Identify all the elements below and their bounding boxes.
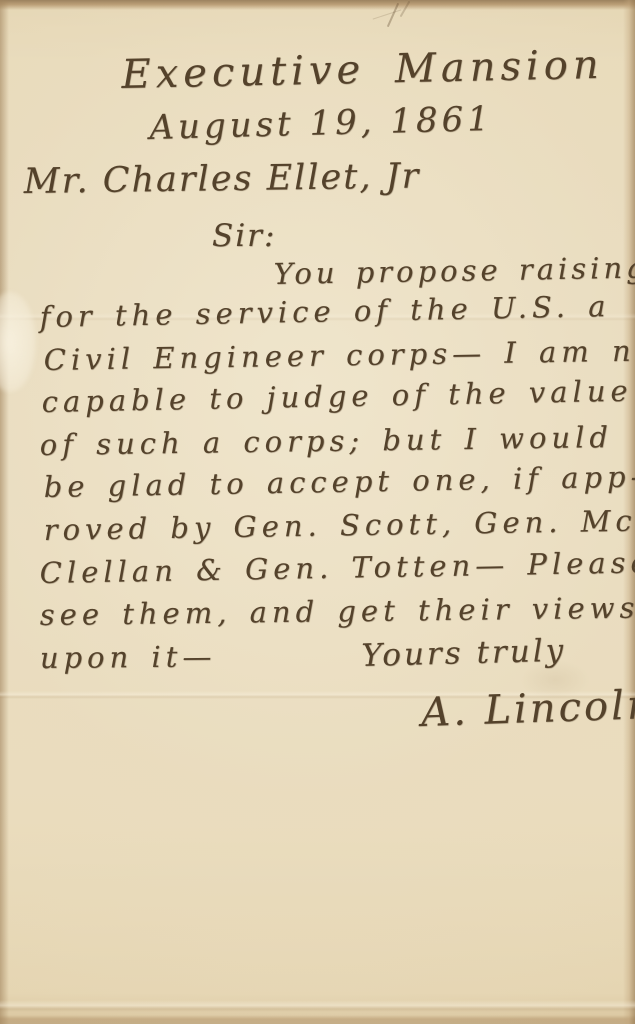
pen-mark — [373, 9, 402, 19]
paper-edge-bottom — [0, 1015, 635, 1024]
letterhead-date: August 19, 1861 — [149, 99, 493, 148]
recipient-line: Mr. Charles Ellet, Jr — [23, 156, 420, 202]
fold-crease — [0, 1000, 635, 1012]
body-line: Clellan & Gen. Totten— Please — [39, 545, 635, 590]
body-line: Civil Engineer corps— I am not — [43, 333, 635, 377]
paper-stain — [0, 292, 36, 392]
body-line: capable to judge of the value — [41, 374, 633, 419]
salutation-line: Sir: — [212, 218, 276, 254]
body-line: be glad to accept one, if app- — [43, 460, 635, 504]
body-line: upon it— — [40, 639, 217, 675]
closing-line: Yours truly — [361, 633, 567, 674]
paper-edge-left — [0, 0, 9, 1024]
body-line: for the service of the U.S. a — [39, 289, 610, 334]
signature-line: A. Lincoln — [420, 682, 635, 736]
letterhead-place: Executive Mansion — [121, 42, 604, 98]
body-line: see them, and get their views — [40, 591, 635, 632]
letter-page: Executive Mansion August 19, 1861 Mr. Ch… — [0, 0, 635, 1024]
paper-edge-top — [0, 0, 635, 10]
body-line: roved by Gen. Scott, Gen. Mc- — [43, 503, 635, 547]
pen-mark — [387, 3, 399, 28]
body-line: You propose raising, — [273, 250, 635, 291]
body-line: of such a corps; but I would — [40, 420, 614, 462]
